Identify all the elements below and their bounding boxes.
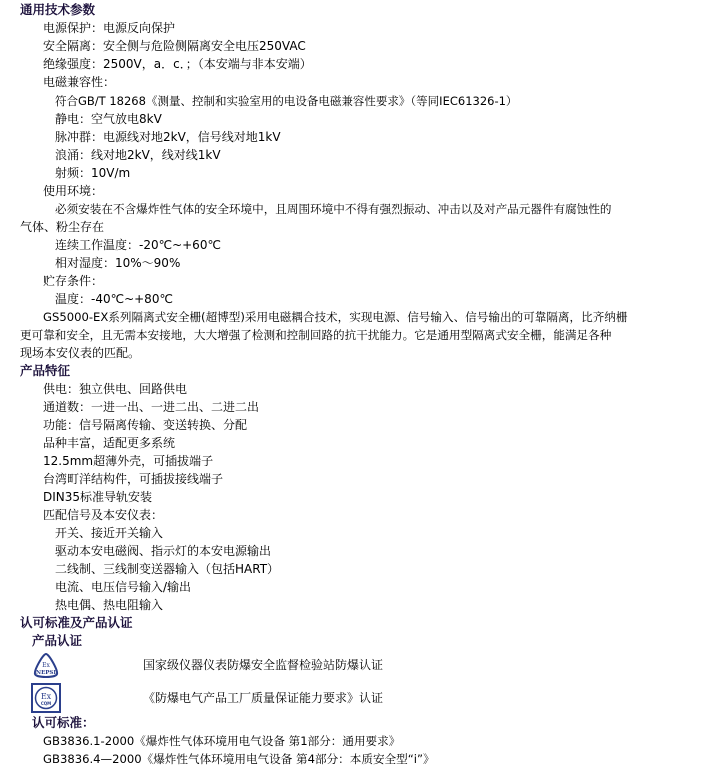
feature-sub-item: 电流、电压信号输入/输出 bbox=[55, 578, 191, 596]
env-desc-line1: 必须安装在不含爆炸性气体的安全环境中，且周围环境中不得有强烈振动、冲击以及对产品… bbox=[55, 200, 612, 218]
emc-burst-text: 脉冲群：电源线对地2kV，信号线对地1kV bbox=[55, 128, 281, 146]
standards-title: 认可标准： bbox=[32, 714, 95, 732]
cert-cqm-text: 《防爆电气产品工厂质量保证能力要求》认证 bbox=[143, 689, 383, 707]
intro-line2: 更可靠和安全，且无需本安接地，大大增强了检测和控制回路的抗干扰能力。它是通用型隔… bbox=[20, 326, 611, 344]
standard-item: GB3836.4—2000《爆炸性气体环境用电气设备 第4部分：本质安全型“i”… bbox=[43, 750, 435, 768]
svg-text:CQM: CQM bbox=[41, 701, 51, 706]
emc-rf-text: 射频：10V/m bbox=[55, 164, 130, 182]
feature-item: 台湾町洋结构件，可插拔接线端子 bbox=[43, 470, 223, 488]
isolation-text: 安全隔离：安全侧与危险侧隔离安全电压250VAC bbox=[43, 37, 306, 55]
storage-temp-text: 温度：-40℃~+80℃ bbox=[55, 290, 173, 308]
emc-title: 电磁兼容性： bbox=[43, 73, 115, 91]
feature-item: 品种丰富，适配更多系统 bbox=[43, 434, 175, 452]
env-desc-line2: 气体、粉尘存在 bbox=[20, 218, 104, 236]
section-title-certification: 认可标准及产品认证 bbox=[20, 614, 133, 632]
feature-sub-item: 热电偶、热电阻输入 bbox=[55, 596, 163, 614]
feature-sub-item: 开关、接近开关输入 bbox=[55, 524, 163, 542]
product-cert-title: 产品认证 bbox=[32, 632, 82, 650]
emc-standard-text: 符合GB/T 18268《测量、控制和实验室用的电设备电磁兼容性要求》（等同IE… bbox=[55, 92, 517, 110]
feature-item: DIN35标准导轨安装 bbox=[43, 488, 152, 506]
svg-text:Ex: Ex bbox=[41, 692, 52, 701]
feature-item: 功能：信号隔离传输、变送转换、分配 bbox=[43, 416, 247, 434]
power-protection-text: 电源保护：电源反向保护 bbox=[43, 19, 175, 37]
intro-line1: GS5000-EX系列隔离式安全栅(超博型)采用电磁耦合技术，实现电源、信号输入… bbox=[43, 308, 627, 326]
standard-item: GB3836.1-2000《爆炸性气体环境用电气设备 第1部分：通用要求》 bbox=[43, 732, 400, 750]
emc-surge-text: 浪涌：线对地2kV，线对线1kV bbox=[55, 146, 221, 164]
feature-sub-item: 二线制、三线制变送器输入（包括HART） bbox=[55, 560, 279, 578]
svg-text:Ex: Ex bbox=[42, 662, 50, 669]
section-title-general: 通用技术参数 bbox=[20, 1, 95, 19]
emc-esd-text: 静电：空气放电8kV bbox=[55, 110, 162, 128]
feature-item: 12.5mm超薄外壳，可插拔端子 bbox=[43, 452, 213, 470]
ex-cqm-icon: Ex CQM bbox=[31, 683, 61, 713]
feature-item: 匹配信号及本安仪表： bbox=[43, 506, 163, 524]
env-title: 使用环境： bbox=[43, 182, 103, 200]
svg-text:NEPSI: NEPSI bbox=[36, 670, 56, 676]
feature-item: 通道数：一进一出、一进二出、二进二出 bbox=[43, 398, 259, 416]
ex-nepsi-icon: Ex NEPSI bbox=[32, 652, 60, 680]
feature-sub-item: 驱动本安电磁阀、指示灯的本安电源输出 bbox=[55, 542, 271, 560]
env-temp-text: 连续工作温度：-20℃~+60℃ bbox=[55, 236, 221, 254]
feature-item: 供电：独立供电、回路供电 bbox=[43, 380, 187, 398]
storage-title: 贮存条件： bbox=[43, 272, 103, 290]
env-humidity-text: 相对湿度：10%～90% bbox=[55, 254, 180, 272]
section-title-features: 产品特征 bbox=[20, 362, 70, 380]
insulation-text: 绝缘强度：2500V，a．c．；（本安端与非本安端） bbox=[43, 55, 312, 73]
cert-nepsi-text: 国家级仪器仪表防爆安全监督检验站防爆认证 bbox=[143, 656, 383, 674]
intro-line3: 现场本安仪表的匹配。 bbox=[20, 344, 140, 362]
